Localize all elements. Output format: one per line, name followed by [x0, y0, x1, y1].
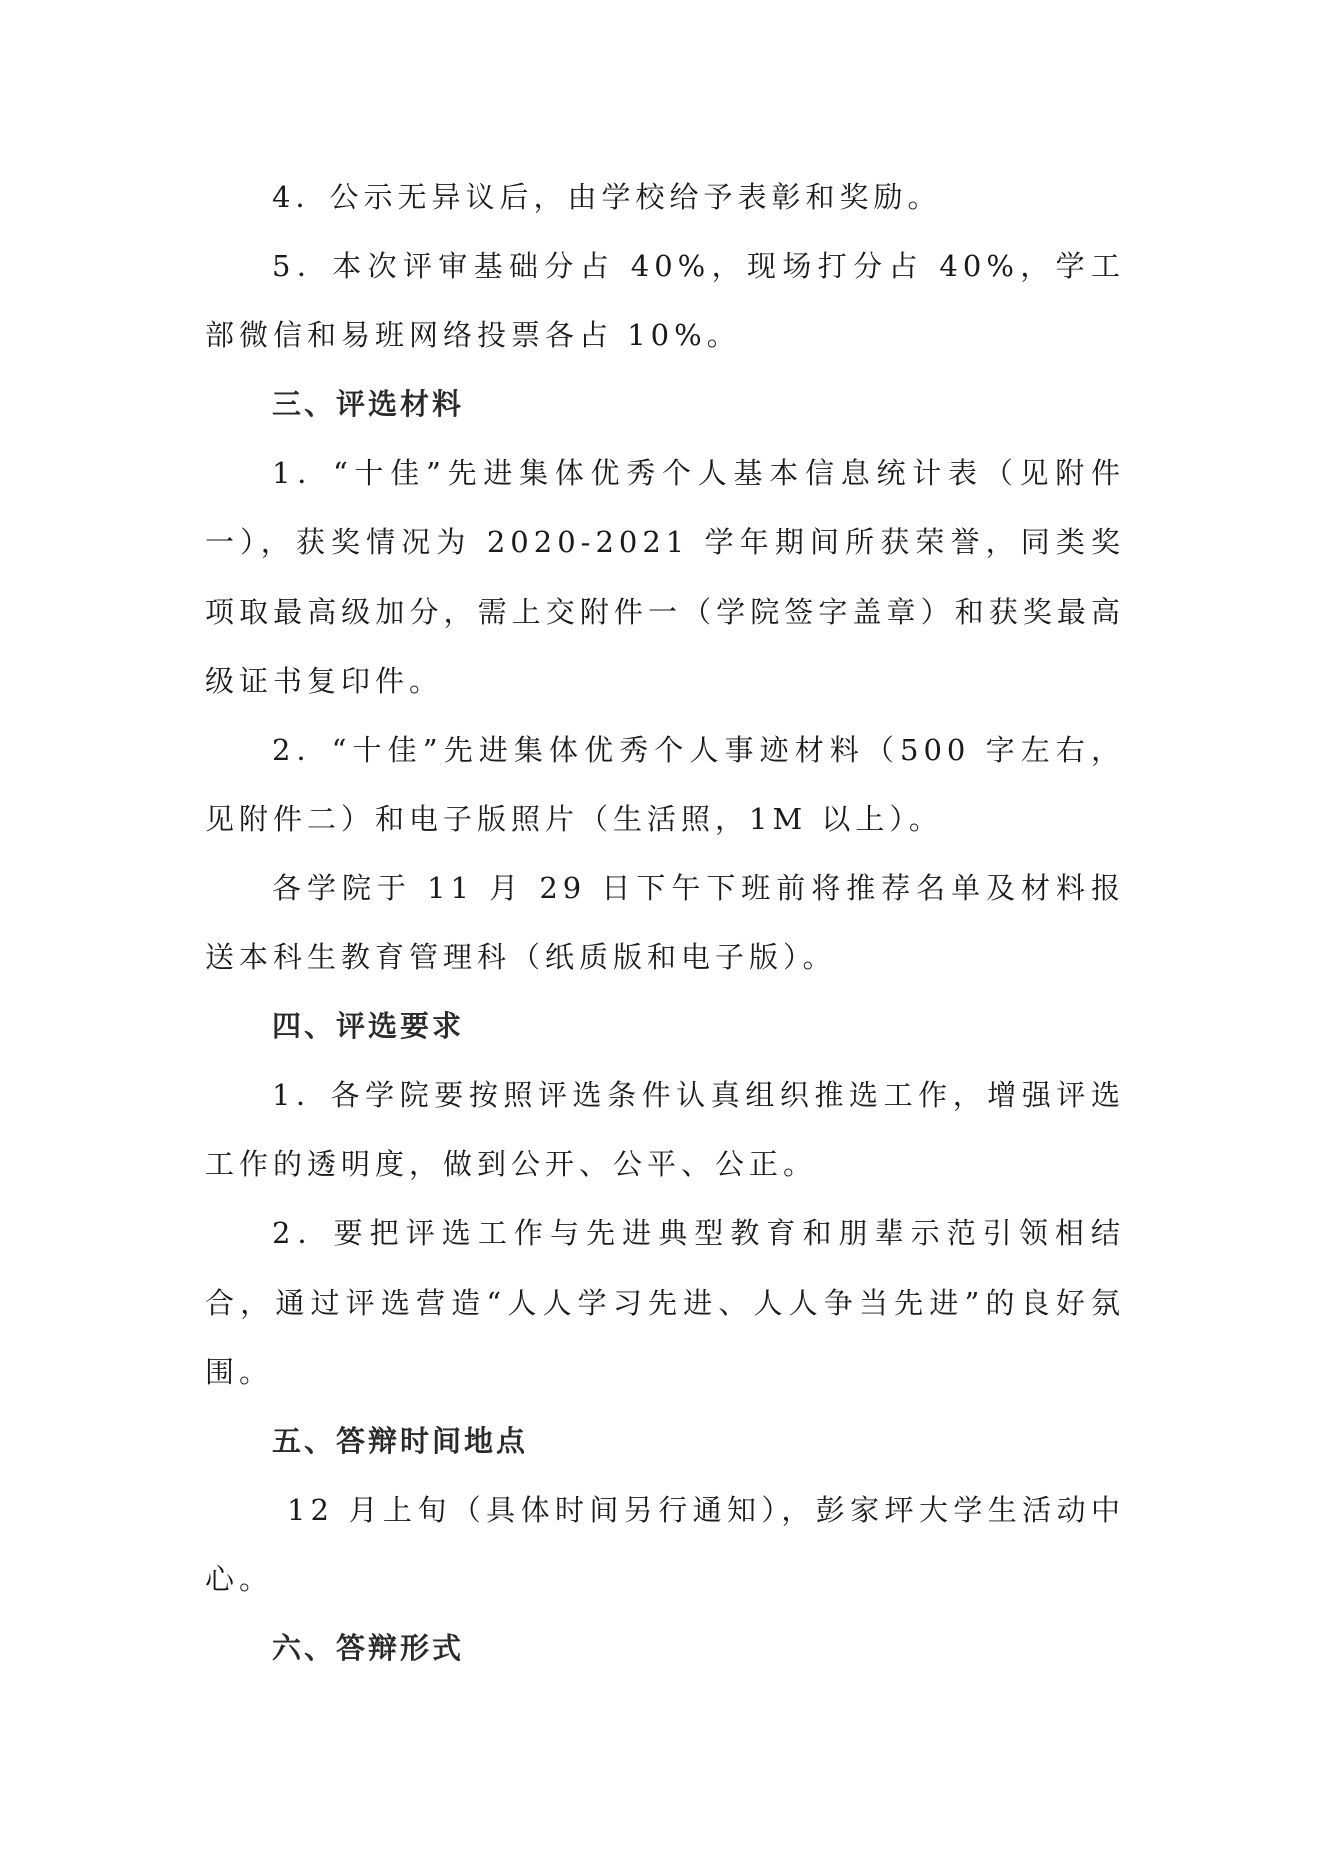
- paragraph-requirement-education: 2．要把评选工作与先进典型教育和朋辈示范引领相结合，通过评选营造“人人学习先进、…: [205, 1199, 1125, 1406]
- paragraph-submission-deadline: 各学院于 11 月 29 日下午下班前将推荐名单及材料报送本科生教育管理科（纸质…: [205, 854, 1125, 992]
- paragraph-materials-info-table: 1．“十佳”先进集体优秀个人基本信息统计表（见附件一），获奖情况为 2020-2…: [205, 439, 1125, 715]
- paragraph-defense-time-place: 12 月上旬（具体时间另行通知），彭家坪大学生活动中心。: [205, 1476, 1125, 1614]
- section-heading-defense-format: 六、答辩形式: [205, 1614, 1125, 1683]
- section-heading-materials: 三、评选材料: [205, 370, 1125, 439]
- paragraph-award-after-publicity: 4．公示无异议后，由学校给予表彰和奖励。: [205, 163, 1125, 232]
- paragraph-requirement-transparency: 1．各学院要按照评选条件认真组织推选工作，增强评选工作的透明度，做到公开、公平、…: [205, 1061, 1125, 1199]
- section-heading-defense-time-place: 五、答辩时间地点: [205, 1407, 1125, 1476]
- paragraph-score-weighting: 5．本次评审基础分占 40%，现场打分占 40%，学工部微信和易班网络投票各占 …: [205, 232, 1125, 370]
- paragraph-materials-deeds: 2．“十佳”先进集体优秀个人事迹材料（500 字左右，见附件二）和电子版照片（生…: [205, 716, 1125, 854]
- document-page: 4．公示无异议后，由学校给予表彰和奖励。 5．本次评审基础分占 40%，现场打分…: [205, 163, 1125, 1683]
- section-heading-requirements: 四、评选要求: [205, 992, 1125, 1061]
